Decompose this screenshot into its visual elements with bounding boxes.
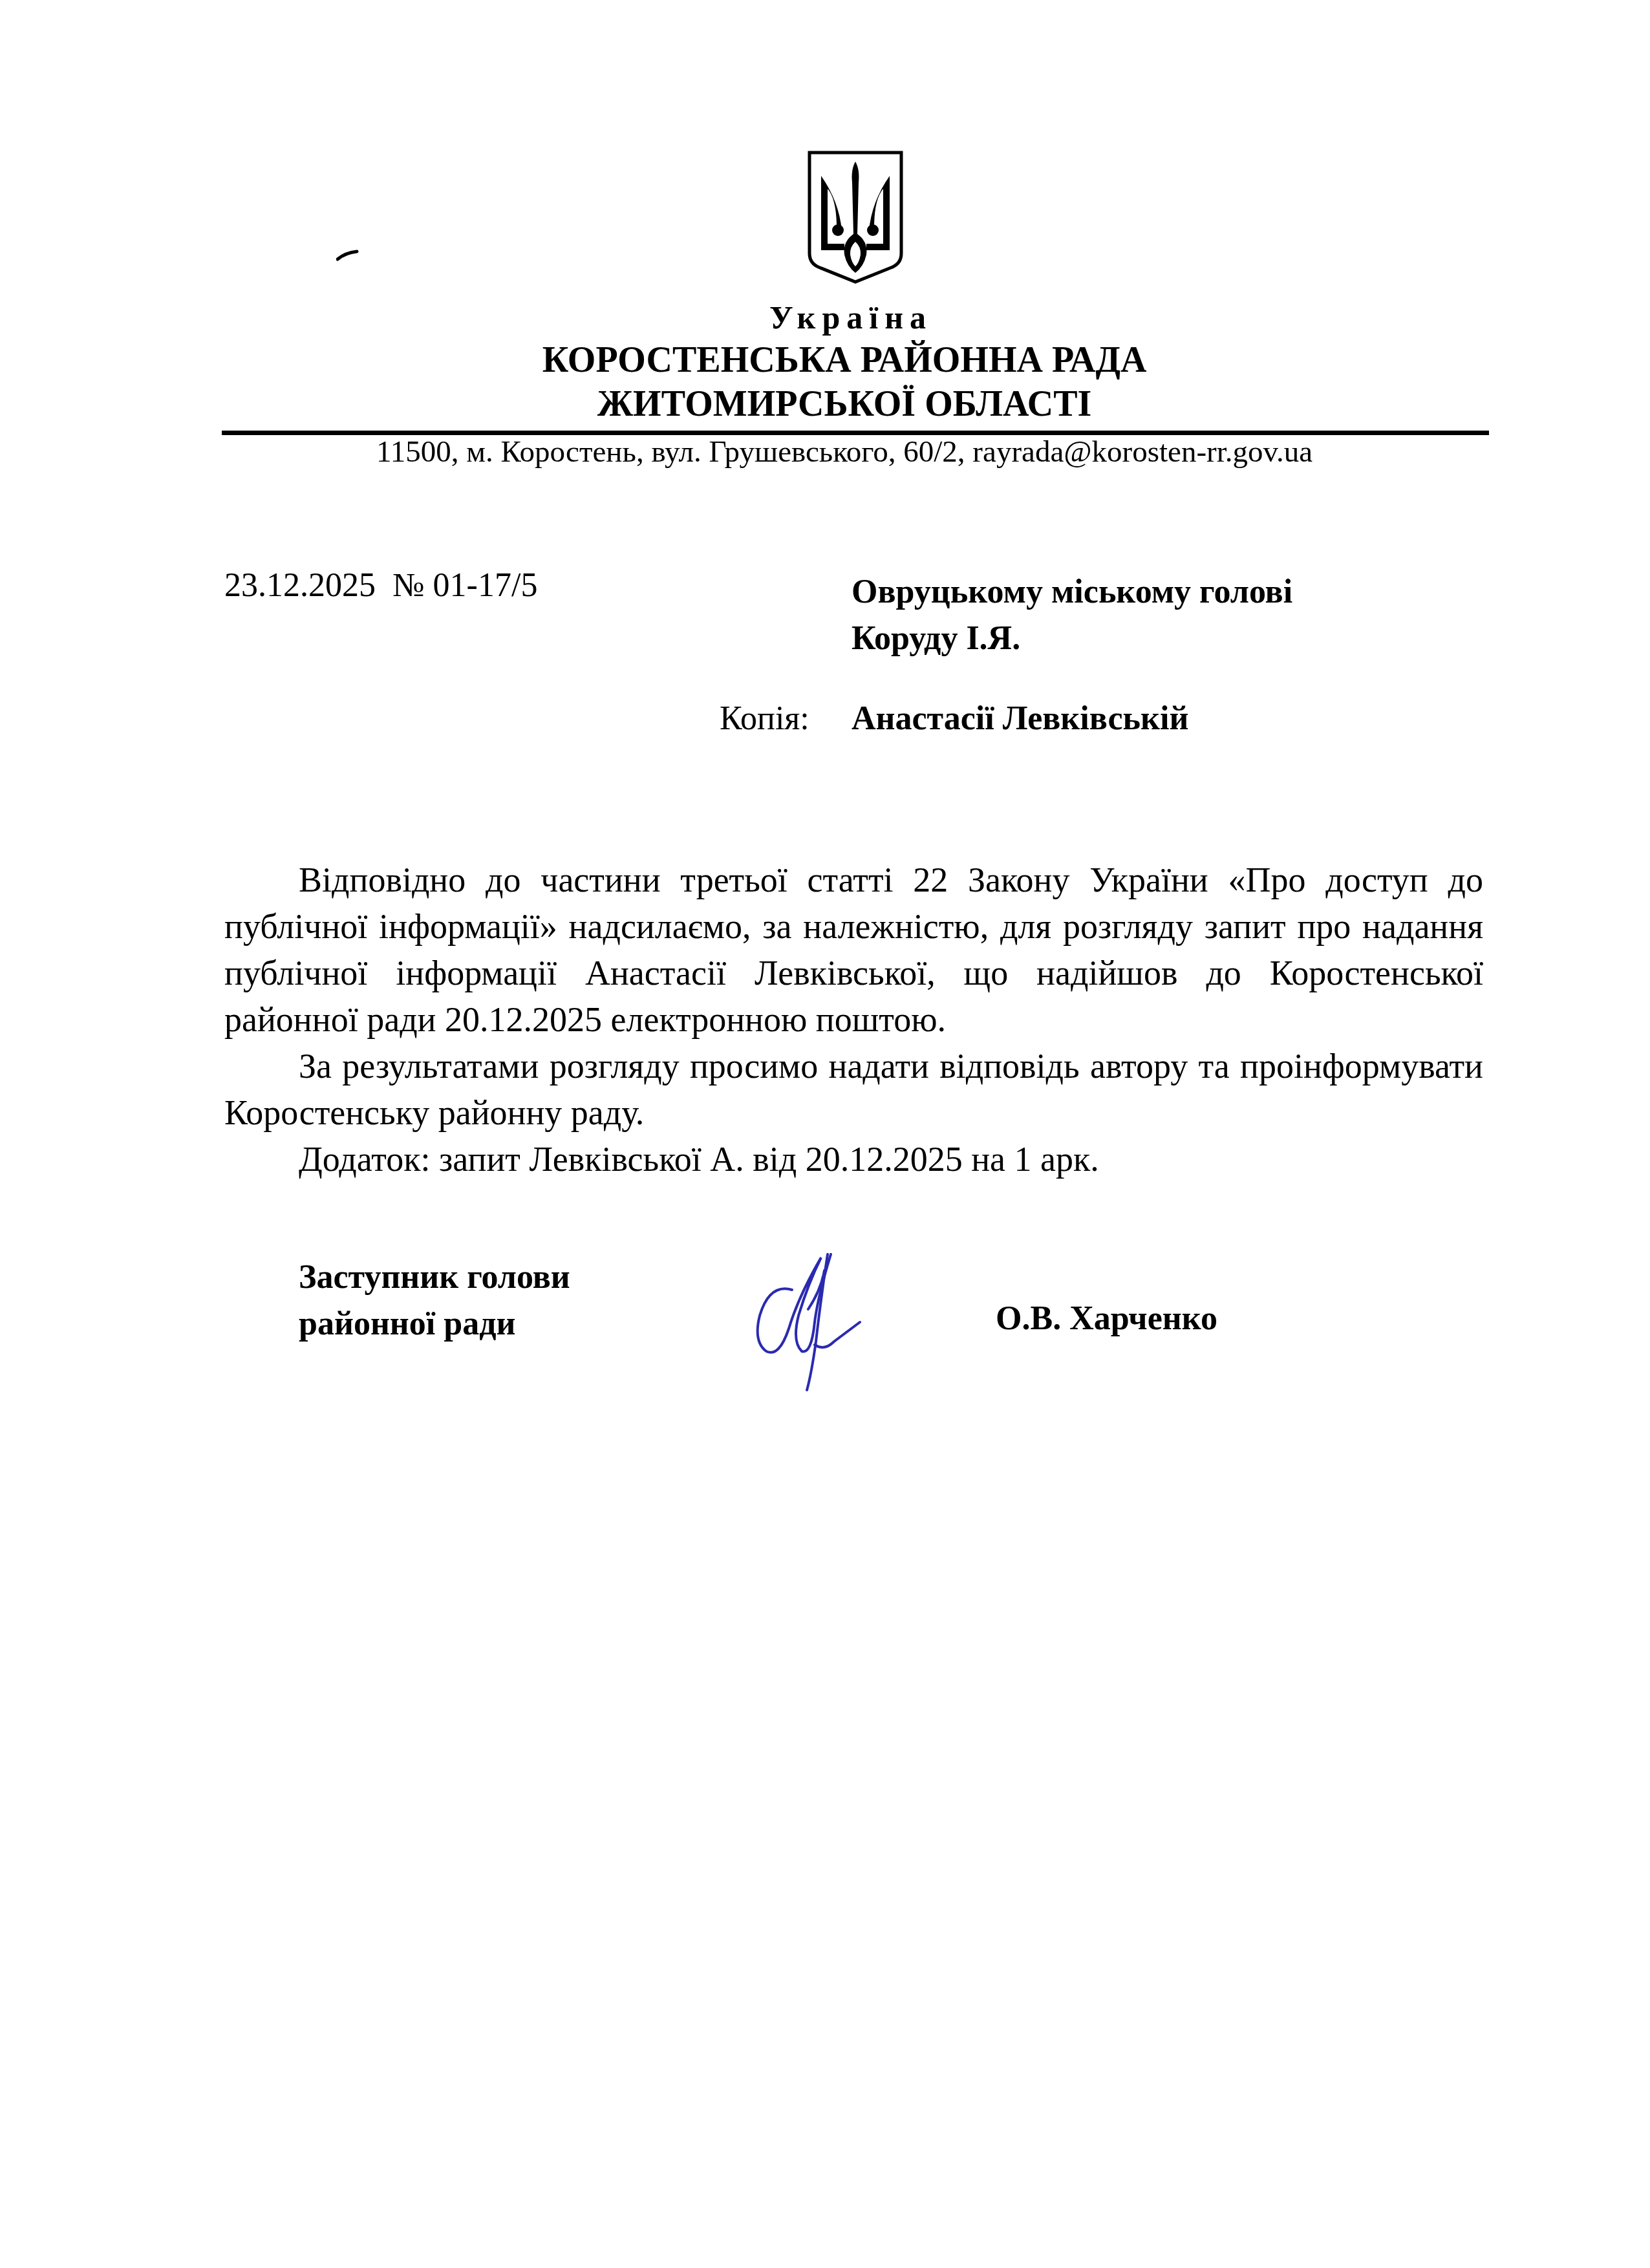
registration-date-number: 23.12.2025 № 01-17/5 [224,566,537,604]
letter-body: Відповідно до частини третьої статті 22 … [224,857,1483,1182]
signatory-name: О.В. Харченко [996,1300,1217,1338]
council-name: КОРОСТЕНСЬКА РАЙОННА РАДА [19,339,1650,381]
copy-label: Копія: [720,700,809,738]
oblast-name: ЖИТОМИРСЬКОЇ ОБЛАСТІ [19,383,1650,425]
addressee-line-2: Коруду І.Я. [852,615,1292,662]
body-paragraph: Відповідно до частини третьої статті 22 … [224,857,1483,1043]
body-paragraph: Додаток: запит Левківської А. від 20.12.… [224,1136,1483,1182]
country-name: Україна [26,299,1650,336]
addressee-block: Овруцькому міському голові Коруду І.Я. [852,569,1292,662]
addressee-line-1: Овруцькому міському голові [852,569,1292,615]
council-address: 11500, м. Коростень, вул. Грушевського, … [19,434,1650,469]
scan-artifact-mark [336,249,359,262]
tryzub-coat-of-arms-icon [807,150,904,284]
copy-recipient: Анастасії Левківській [852,700,1188,738]
signatory-title-line-1: Заступник голови [299,1254,570,1301]
signatory-title: Заступник голови районної ради [299,1254,570,1347]
handwritten-signature-icon [731,1245,899,1393]
signatory-title-line-2: районної ради [299,1301,570,1347]
body-paragraph: За результатами розгляду просимо надати … [224,1043,1483,1136]
